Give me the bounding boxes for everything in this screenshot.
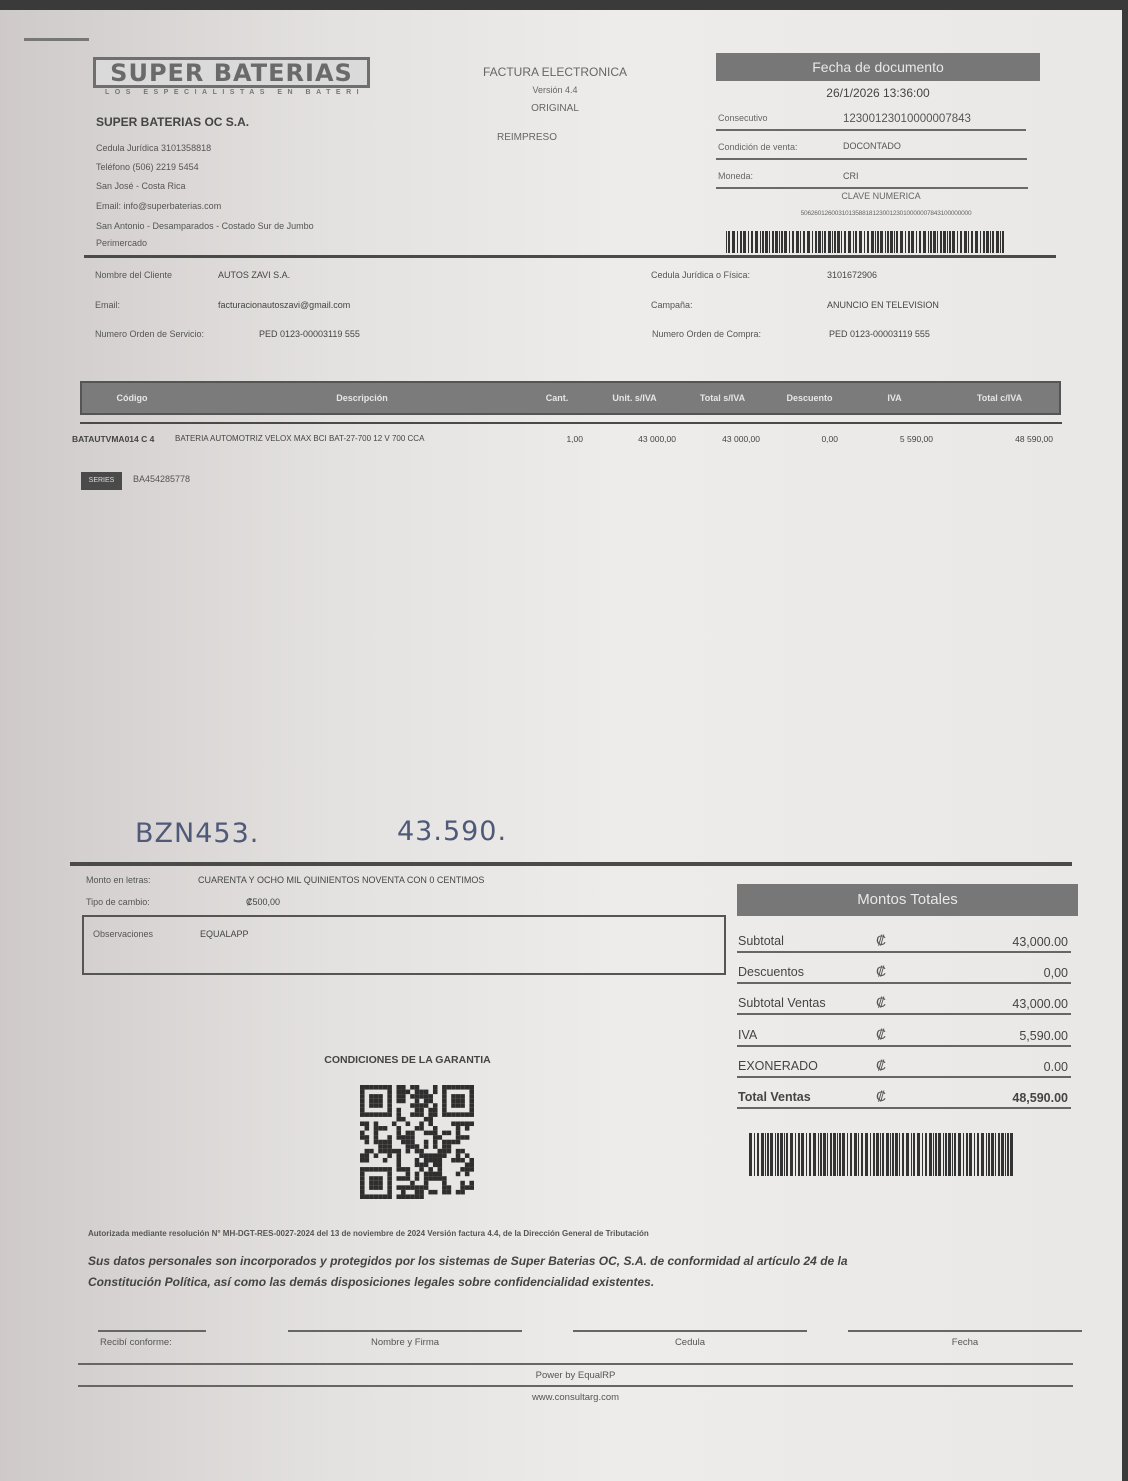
totals-label: Subtotal: [738, 934, 784, 948]
service-order-value: PED 0123-00003119 555: [259, 329, 360, 339]
totals-label: IVA: [738, 1028, 757, 1042]
totals-row: IVA₡5,590.00: [737, 1015, 1071, 1047]
consecutivo-label: Consecutivo: [718, 113, 768, 123]
invoice-page: SUPER BATERIAS LOS ESPECIALISTAS EN BATE…: [0, 10, 1122, 1481]
colon-currency-icon: ₡: [876, 963, 886, 979]
warranty-title: CONDICIONES DE LA GARANTIA: [300, 1054, 515, 1066]
document-version: Versión 4.4: [460, 85, 650, 95]
row-unit: 43 000,00: [620, 434, 676, 444]
totals-value: 0.00: [1044, 1060, 1068, 1074]
row-cant: 1,00: [560, 434, 583, 444]
clave-label: CLAVE NUMERICA: [716, 191, 1046, 201]
document-type-title: FACTURA ELECTRONICA: [460, 65, 650, 79]
client-name-value: AUTOS ZAVI S.A.: [218, 270, 290, 280]
totals-label: Subtotal Ventas: [738, 996, 826, 1010]
items-table-header: Código Descripción Cant. Unit. s/IVA Tot…: [80, 381, 1061, 415]
divider: [716, 187, 1028, 189]
section-divider: [84, 255, 1056, 258]
row-descripcion: BATERIA AUTOMOTRIZ VELOX MAX BCI BAT-27-…: [175, 434, 424, 443]
fecha-sign-label: Fecha: [848, 1337, 1082, 1348]
divider: [716, 129, 1026, 131]
totals-label: Descuentos: [738, 965, 804, 979]
handwritten-amount: 43.590.: [397, 816, 507, 847]
series-value: BA454285778: [133, 474, 190, 484]
fecha-header: Fecha de documento: [716, 53, 1040, 81]
row-descuento: 0,00: [808, 434, 838, 444]
fecha-value: 26/1/2026 13:36:00: [716, 86, 1040, 100]
footer-divider: [78, 1363, 1073, 1365]
col-iva: IVA: [867, 383, 922, 413]
totals-row: Total Ventas₡48,590.00: [737, 1077, 1071, 1109]
col-descripcion: Descripción: [312, 383, 412, 413]
colon-currency-icon: ₡: [876, 932, 886, 948]
totals-value: 43,000.00: [1012, 997, 1068, 1011]
footer-divider: [78, 1385, 1073, 1387]
client-name-label: Nombre del Cliente: [95, 270, 172, 280]
colon-currency-icon: ₡: [876, 1088, 886, 1104]
colon-currency-icon: ₡: [876, 1026, 886, 1042]
col-total-s-iva: Total s/IVA: [685, 383, 760, 413]
company-cedula: Cedula Jurídica 3101358818: [96, 143, 211, 153]
totals-label: Total Ventas: [738, 1090, 811, 1104]
company-address: San Antonio - Desamparados - Costado Sur…: [96, 221, 314, 231]
authorization-text: Autorizada mediante resolución N° MH-DGT…: [88, 1229, 649, 1238]
col-total-c-iva: Total c/IVA: [957, 383, 1042, 413]
totals-label: EXONERADO: [738, 1059, 818, 1073]
totals-value: 43,000.00: [1012, 935, 1068, 949]
condicion-value: DOCONTADO: [843, 141, 901, 151]
received-label: Recibí conforme:: [100, 1337, 172, 1348]
colon-currency-icon: ₡: [876, 994, 886, 1010]
signature-line: [98, 1330, 206, 1332]
row-total-c-iva: 48 590,00: [995, 434, 1053, 444]
observaciones-label: Observaciones: [93, 929, 153, 939]
consecutivo-value: 12300123010000007843: [843, 113, 971, 125]
monto-letras-value: CUARENTA Y OCHO MIL QUINIENTOS NOVENTA C…: [198, 875, 484, 885]
tipo-cambio-label: Tipo de cambio:: [86, 897, 150, 907]
barcode-icon: [726, 231, 1046, 253]
signature-line: [573, 1330, 807, 1332]
name-sign-label: Nombre y Firma: [288, 1337, 522, 1348]
barcode-icon: [749, 1133, 1057, 1176]
handwritten-plate: BZN453.: [135, 818, 259, 849]
company-email: Email: info@superbaterias.com: [96, 201, 221, 211]
company-name: SUPER BATERIAS OC S.A.: [96, 115, 249, 129]
row-total-s-iva: 43 000,00: [704, 434, 760, 444]
totals-value: 5,590.00: [1019, 1029, 1068, 1043]
col-codigo: Código: [92, 383, 172, 413]
row-codigo: BATAUTVMA014 C 4: [72, 434, 154, 444]
document-reprint-label: REIMPRESO: [432, 132, 622, 143]
client-email-label: Email:: [95, 300, 120, 310]
purchase-order-value: PED 0123-00003119 555: [829, 329, 930, 339]
qr-code-icon: [360, 1083, 474, 1201]
row-iva: 5 590,00: [885, 434, 933, 444]
totals-row: Descuentos₡0,00: [737, 952, 1071, 984]
totals-row: Subtotal₡43,000.00: [737, 921, 1071, 953]
colon-currency-icon: ₡: [876, 1057, 886, 1073]
client-cedula-label: Cedula Jurídica o Física:: [651, 270, 750, 280]
print-mark: [24, 38, 89, 41]
clave-value: 5062601260031013588181230012301000000784…: [716, 210, 1056, 217]
col-descuento: Descuento: [772, 383, 847, 413]
condicion-label: Condición de venta:: [718, 142, 798, 152]
logo-tagline: LOS ESPECIALISTAS EN BATERIAS: [105, 89, 363, 96]
moneda-value: CRI: [843, 171, 859, 181]
col-cant: Cant.: [532, 383, 582, 413]
signature-line: [288, 1330, 522, 1332]
moneda-label: Moneda:: [718, 171, 753, 181]
observaciones-value: EQUALAPP: [200, 929, 249, 939]
totals-row: Subtotal Ventas₡43,000.00: [737, 983, 1071, 1015]
privacy-notice: Sus datos personales son incorporados y …: [88, 1251, 908, 1293]
service-order-label: Numero Orden de Servicio:: [95, 329, 204, 339]
client-cedula-value: 3101672906: [827, 270, 877, 280]
totals-value: 0,00: [1044, 966, 1068, 980]
series-badge: SERIES: [81, 472, 122, 490]
observaciones-box: Observaciones EQUALAPP: [82, 915, 726, 975]
tipo-cambio-value: ₡500,00: [246, 897, 280, 907]
company-address-2: Perimercado: [96, 238, 147, 248]
campaign-label: Campaña:: [651, 300, 693, 310]
company-logo: SUPER BATERIAS: [93, 57, 370, 88]
document-copy-label: ORIGINAL: [460, 103, 650, 114]
section-divider: [70, 862, 1072, 866]
logo-text: SUPER BATERIAS: [110, 59, 353, 87]
website-link[interactable]: www.consultarg.com: [78, 1392, 1073, 1403]
totals-value: 48,590.00: [1012, 1091, 1068, 1105]
company-phone: Teléfono (506) 2219 5454: [96, 162, 199, 172]
cedula-sign-label: Cedula: [573, 1337, 807, 1348]
company-city: San José - Costa Rica: [96, 181, 186, 191]
col-unit: Unit. s/IVA: [597, 383, 672, 413]
totals-header: Montos Totales: [737, 884, 1078, 916]
table-divider: [80, 422, 1062, 424]
totals-row: EXONERADO₡0.00: [737, 1046, 1071, 1078]
divider: [716, 158, 1027, 160]
powered-by: Power by EqualRP: [78, 1370, 1073, 1381]
monto-letras-label: Monto en letras:: [86, 875, 151, 885]
campaign-value: ANUNCIO EN TELEVISION: [827, 300, 939, 310]
client-email-value: facturacionautoszavi@gmail.com: [218, 300, 350, 310]
purchase-order-label: Numero Orden de Compra:: [652, 329, 761, 339]
signature-line: [848, 1330, 1082, 1332]
